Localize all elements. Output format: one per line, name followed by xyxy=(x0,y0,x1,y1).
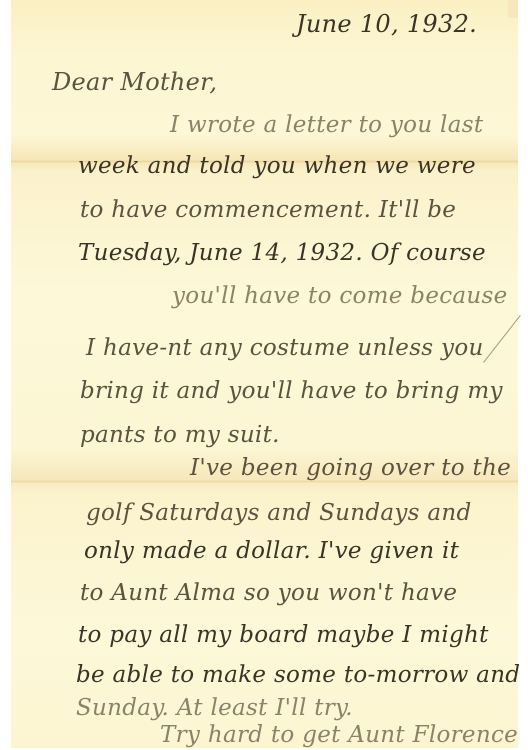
paper-corner xyxy=(508,0,518,18)
letter-line-11: only made a dollar. I've given it xyxy=(84,538,459,564)
letter-line-9: I've been going over to the xyxy=(190,455,511,481)
letter-salutation: Dear Mother, xyxy=(52,68,217,96)
letter-date: June 10, 1932. xyxy=(296,10,477,38)
letter-line-3: to have commencement. It'll be xyxy=(80,197,456,223)
letter-line-5: you'll have to come because xyxy=(172,283,508,309)
letter-line-12: to Aunt Alma so you won't have xyxy=(80,580,457,606)
letter-line-15: Sunday. At least I'll try. xyxy=(76,695,353,721)
letter-line-1: I wrote a letter to you last xyxy=(170,112,483,138)
letter-line-6: I have-nt any costume unless you xyxy=(86,335,484,361)
letter-line-4: Tuesday, June 14, 1932. Of course xyxy=(78,240,486,266)
letter-line-8: pants to my suit. xyxy=(80,422,280,448)
letter-line-14: be able to make some to-morrow and xyxy=(76,662,520,688)
letter-line-7: bring it and you'll have to bring my xyxy=(80,378,503,404)
letter-line-10: golf Saturdays and Sundays and xyxy=(86,500,472,526)
letter-line-16: Try hard to get Aunt Florence xyxy=(160,722,518,748)
letter-line-13: to pay all my board maybe I might xyxy=(78,622,489,648)
letter-line-2: week and told you when we were xyxy=(78,153,476,179)
